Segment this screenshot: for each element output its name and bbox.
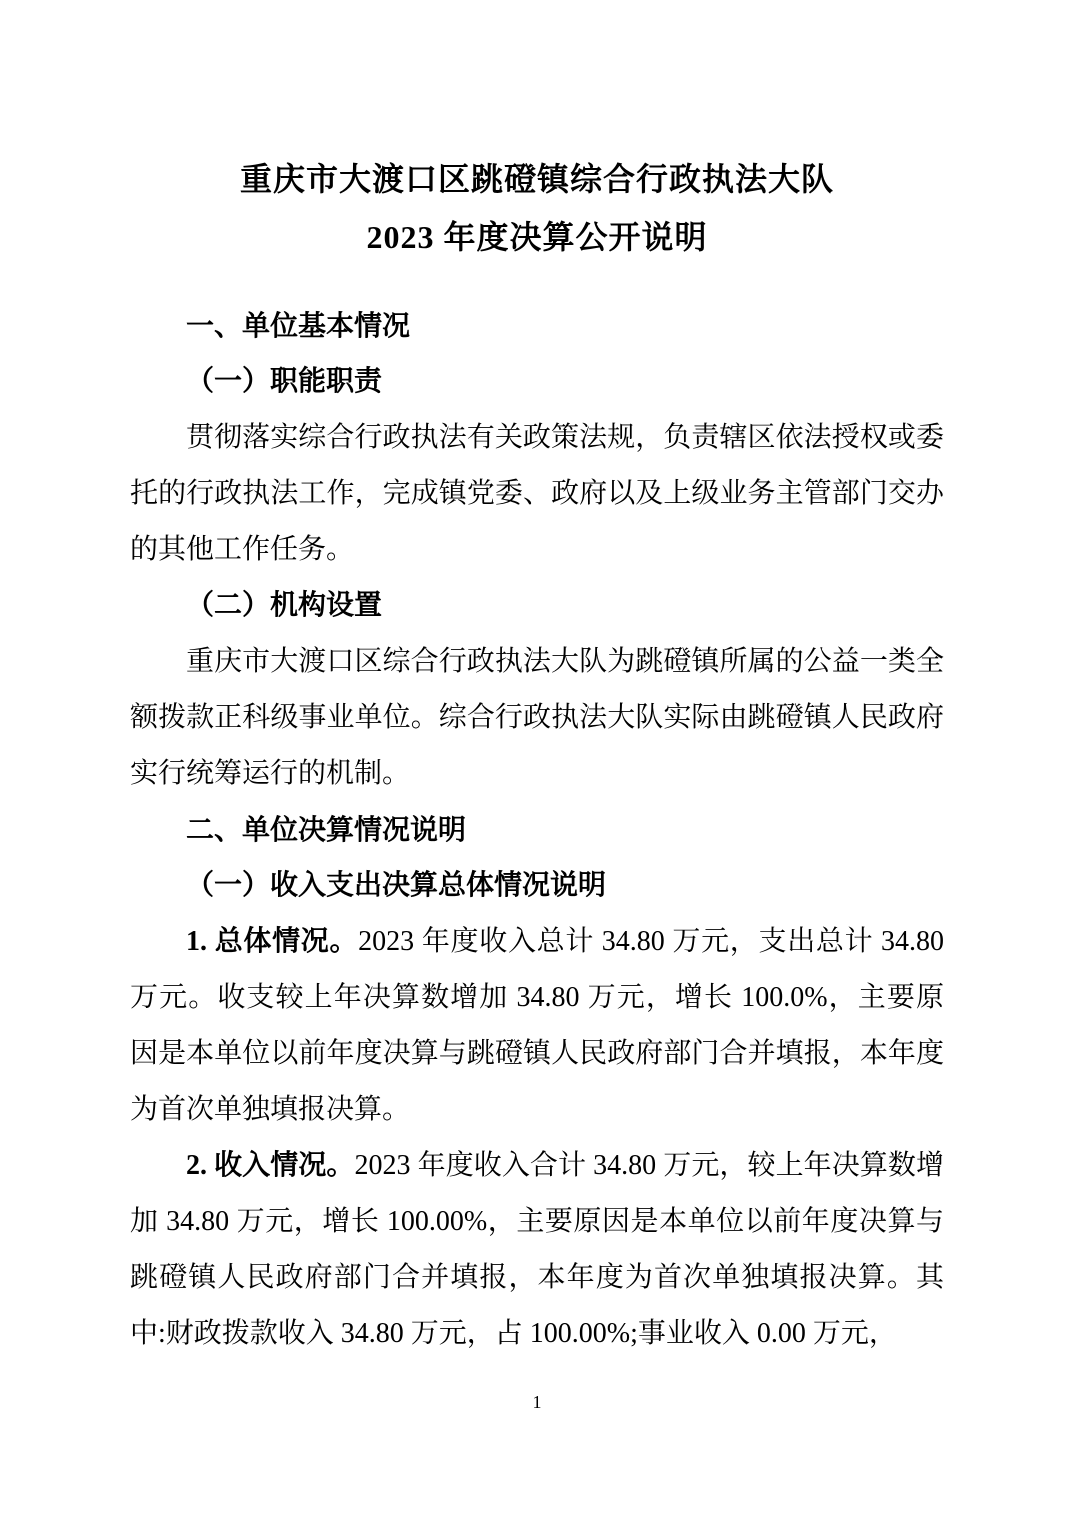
document-body: 一、单位基本情况 （一）职能职责 贯彻落实综合行政执法有关政策法规，负责辖区依法… — [130, 298, 944, 1362]
paragraph-duties-text: 贯彻落实综合行政执法有关政策法规，负责辖区依法授权或委托的行政执法工作，完成镇党… — [130, 422, 944, 565]
document-title: 重庆市大渡口区跳磴镇综合行政执法大队 2023 年度决算公开说明 — [130, 150, 944, 266]
paragraph-income-situation: 2. 收入情况。2023 年度收入合计 34.80 万元，较上年决算数增加 34… — [130, 1138, 944, 1362]
title-line-2: 2023 年度决算公开说明 — [130, 208, 944, 266]
subsection-heading-income-expense-overview: （一）收入支出决算总体情况说明 — [130, 858, 944, 914]
paragraph-organization: 重庆市大渡口区综合行政执法大队为跳磴镇所属的公益一类全额拨款正科级事业单位。综合… — [130, 634, 944, 802]
document-page: 重庆市大渡口区跳磴镇综合行政执法大队 2023 年度决算公开说明 一、单位基本情… — [0, 0, 1074, 1520]
paragraph-organization-text: 重庆市大渡口区综合行政执法大队为跳磴镇所属的公益一类全额拨款正科级事业单位。综合… — [130, 646, 944, 789]
page-number: 1 — [0, 1392, 1074, 1412]
paragraph-overall-situation: 1. 总体情况。2023 年度收入总计 34.80 万元，支出总计 34.80 … — [130, 914, 944, 1138]
subsection-heading-organization: （二）机构设置 — [130, 578, 944, 634]
document-content: 重庆市大渡口区跳磴镇综合行政执法大队 2023 年度决算公开说明 一、单位基本情… — [130, 150, 944, 1362]
paragraph-overall-lead: 1. 总体情况。 — [186, 926, 358, 957]
title-line-1: 重庆市大渡口区跳磴镇综合行政执法大队 — [130, 150, 944, 208]
paragraph-income-lead: 2. 收入情况。 — [186, 1150, 355, 1181]
section-heading-basic-info: 一、单位基本情况 — [130, 298, 944, 354]
subsection-heading-duties: （一）职能职责 — [130, 354, 944, 410]
paragraph-duties: 贯彻落实综合行政执法有关政策法规，负责辖区依法授权或委托的行政执法工作，完成镇党… — [130, 410, 944, 578]
section-heading-final-accounts: 二、单位决算情况说明 — [130, 802, 944, 858]
